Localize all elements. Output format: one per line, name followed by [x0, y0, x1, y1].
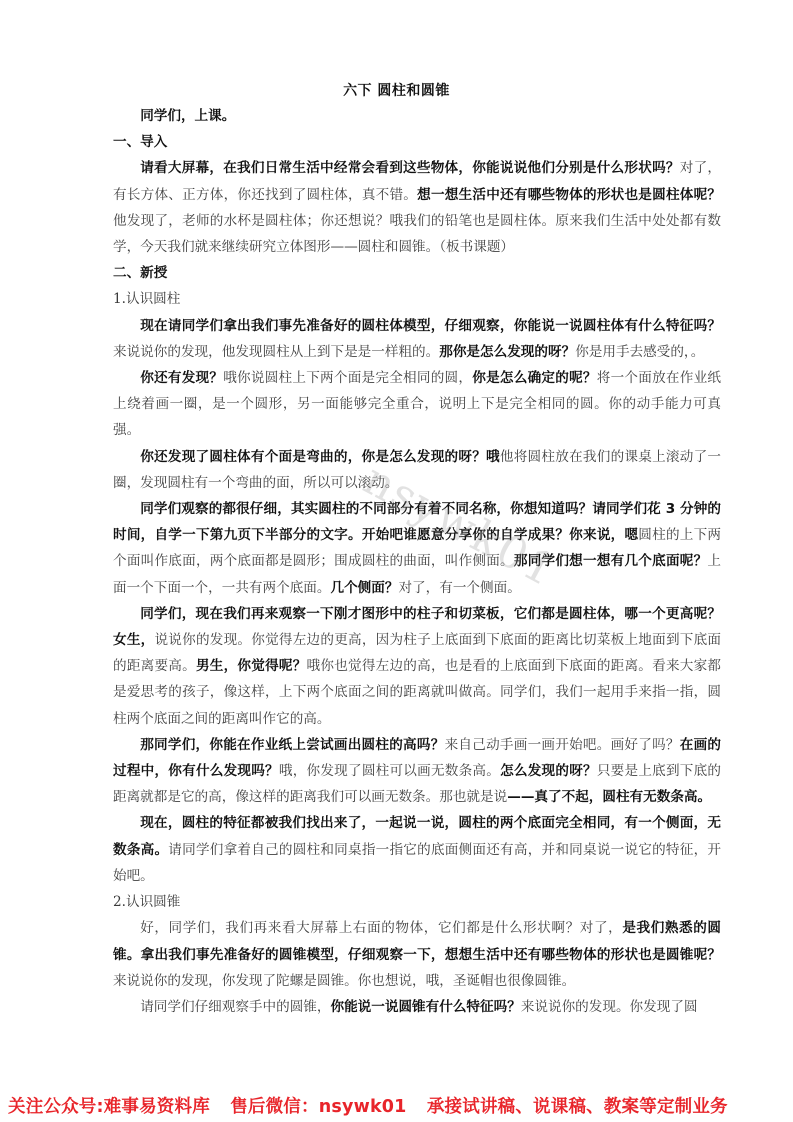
- teacher-prompt-text: 现在请同学们拿出我们事先准备好的圆柱体模型，仔细观察，你能说一说圆柱体有什么特征…: [140, 318, 721, 334]
- subsection-heading: 1.认识圆柱: [113, 286, 721, 312]
- paragraph: 同学们，现在我们再来观察一下刚才图形中的柱子和切菜板，它们都是圆柱体，哪一个更高…: [113, 601, 721, 732]
- paragraph: 同学们观察的都很仔细，其实圆柱的不同部分有着不同名称，你想知道吗？请同学们花 3…: [113, 496, 721, 601]
- paragraph: 请同学们仔细观察手中的圆锥，你能说一说圆锥有什么特征吗？来说说你的发现。你发现了…: [113, 994, 721, 1020]
- narration-text: 你是用手去感受的，。: [575, 344, 704, 360]
- teacher-prompt-text: 你是怎么确定的呢？: [472, 370, 597, 386]
- paragraph: 现在请同学们拿出我们事先准备好的圆柱体模型，仔细观察，你能说一说圆柱体有什么特征…: [113, 313, 721, 365]
- teacher-prompt-text: 想一想生活中还有哪些物体的形状也是圆柱体呢？: [417, 187, 721, 203]
- narration-text: 他发现了，老师的水杯是圆柱体；你还想说？哦我们的铅笔也是圆柱体。原来我们生活中处…: [113, 213, 721, 255]
- narration-text: 来自己动手画一画开始吧。画好了吗？: [445, 737, 680, 753]
- teacher-prompt-text: 你还有发现？: [140, 370, 223, 386]
- section-heading: 一、导入: [113, 129, 721, 155]
- narration-text: 来说说你的发现，他发现圆柱从上到下是是一样粗的。: [113, 344, 439, 360]
- footer-service: 承接试讲稿、说课稿、教案等定制业务: [427, 1097, 728, 1117]
- footer-wechat-account: 关注公众号:难事易资料库: [8, 1097, 210, 1117]
- section-heading: 二、新授: [113, 260, 721, 286]
- footer-banner: 关注公众号:难事易资料库 售后微信：nsywk01 承接试讲稿、说课稿、教案等定…: [0, 1092, 793, 1122]
- subsection-heading: 2.认识圆锥: [113, 889, 721, 915]
- footer-contact: 售后微信：nsywk01: [230, 1097, 406, 1117]
- paragraph: 你还有发现？哦你说圆柱上下两个面是完全相同的圆，你是怎么确定的呢？将一个面放在作…: [113, 365, 721, 444]
- document-page: 六下 圆柱和圆锥 同学们，上课。一、导入请看大屏幕，在我们日常生活中经常会看到这…: [0, 0, 793, 1122]
- narration-text: 请同学们仔细观察手中的圆锥，: [140, 999, 330, 1015]
- paragraph: 好，同学们，我们再来看大屏幕上右面的物体，它们都是什么形状啊？对了，是我们熟悉的…: [113, 915, 721, 994]
- narration-text: 请同学们拿着自己的圆柱和同桌指一指它的底面侧面还有高，并和同桌说一说它的特征，开…: [113, 842, 721, 884]
- narration-text: 来说说你的发现。你发现了圆: [521, 999, 698, 1015]
- teacher-prompt-text: ——真了不起，圆柱有无数条高。: [507, 789, 711, 805]
- document-body: 同学们，上课。一、导入请看大屏幕，在我们日常生活中经常会看到这些物体，你能说说他…: [113, 103, 721, 1020]
- document-title: 六下 圆柱和圆锥: [0, 80, 793, 100]
- teacher-prompt-text: 同学们观察的都很仔细，其实圆柱的不同部分有着不同名称，你想知道吗？请同学们花 3…: [113, 501, 721, 543]
- narration-text: 好，同学们，我们再来看大屏幕上右面的物体，它们都是什么形状啊？对了，: [140, 920, 622, 936]
- teacher-prompt-text: 请看大屏幕，在我们日常生活中经常会看到这些物体，你能说说他们分别是什么形状吗？: [140, 160, 680, 176]
- teacher-prompt-text: 你能说一说圆锥有什么特征吗？: [331, 999, 521, 1015]
- teacher-prompt-text: 几个侧面？: [331, 580, 399, 596]
- narration-text: 对了，有一个侧面。: [398, 580, 520, 596]
- narration-text: 哦，你发现了圆柱可以画无数条高。: [279, 763, 500, 779]
- paragraph: 现在，圆柱的特征都被我们找出来了，一起说一说，圆柱的两个底面完全相同，有一个侧面…: [113, 810, 721, 889]
- paragraph: 同学们，上课。: [113, 103, 721, 129]
- narration-text: 来说说你的发现，你发现了陀螺是圆锥。你也想说，哦，圣诞帽也很像圆锥。: [113, 973, 575, 989]
- teacher-prompt-text: 那同学们，你能在作业纸上尝试画出圆柱的高吗？: [140, 737, 444, 753]
- teacher-prompt-text: 同学们，上课。: [140, 108, 235, 124]
- teacher-prompt-text: 你还发现了圆柱体有个面是弯曲的，你是怎么发现的呀？哦: [140, 449, 500, 465]
- paragraph: 请看大屏幕，在我们日常生活中经常会看到这些物体，你能说说他们分别是什么形状吗？对…: [113, 155, 721, 260]
- narration-text: 哦你说圆柱上下两个面是完全相同的圆，: [223, 370, 472, 386]
- paragraph: 那同学们，你能在作业纸上尝试画出圆柱的高吗？来自己动手画一画开始吧。画好了吗？在…: [113, 732, 721, 811]
- teacher-prompt-text: 男生，你觉得呢？: [196, 658, 307, 674]
- teacher-prompt-text: 那同学们想一想有几个底面呢？: [514, 553, 708, 569]
- teacher-prompt-text: 怎么发现的呀？: [500, 763, 597, 779]
- paragraph: 你还发现了圆柱体有个面是弯曲的，你是怎么发现的呀？哦他将圆柱放在我们的课桌上滚动…: [113, 444, 721, 496]
- teacher-prompt-text: 那你是怎么发现的呀？: [439, 344, 575, 360]
